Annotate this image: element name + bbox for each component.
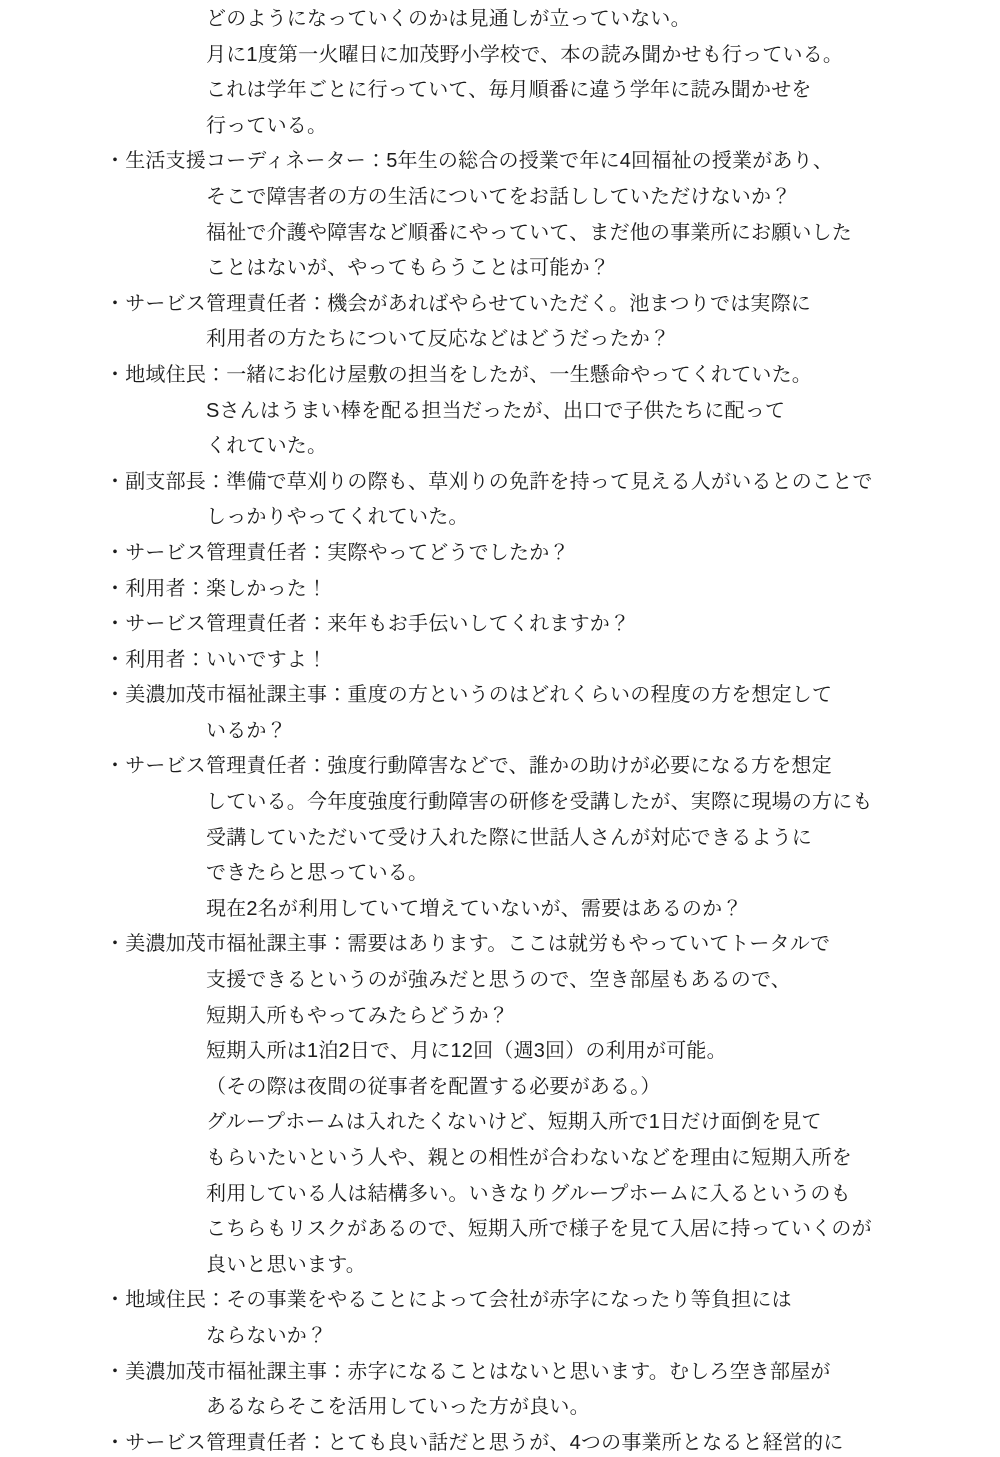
doc-line: 行っている。 — [0, 109, 1000, 145]
doc-line: どのようになっていくのかは見通しが立っていない。 — [0, 2, 1000, 38]
speaker-line: ・サービス管理責任者：来年もお手伝いしてくれますか？ — [0, 607, 1000, 643]
doc-line: 福祉で介護や障害など順番にやっていて、まだ他の事業所にお願いした — [0, 216, 1000, 252]
doc-line: 受講していただいて受け入れた際に世話人さんが対応できるように — [0, 821, 1000, 857]
speaker-line: ・サービス管理責任者：強度行動障害などで、誰かの助けが必要になる方を想定 — [0, 749, 1000, 785]
doc-line: もらいたいという人や、親との相性が合わないなどを理由に短期入所を — [0, 1141, 1000, 1177]
doc-line: くれていた。 — [0, 429, 1000, 465]
doc-line: （その際は夜間の従事者を配置する必要がある。） — [0, 1070, 1000, 1106]
doc-line: Sさんはうまい棒を配る担当だったが、出口で子供たちに配って — [0, 394, 1000, 430]
speaker-line: ・美濃加茂市福祉課主事：需要はあります。ここは就労もやっていてトータルで — [0, 927, 1000, 963]
doc-line: しっかりやってくれていた。 — [0, 500, 1000, 536]
doc-line: ならないか？ — [0, 1319, 1000, 1355]
doc-line: 月に1度第一火曜日に加茂野小学校で、本の読み聞かせも行っている。 — [0, 38, 1000, 74]
doc-line: できたらと思っている。 — [0, 856, 1000, 892]
speaker-line: ・利用者：いいですよ！ — [0, 643, 1000, 679]
speaker-line: ・地域住民：その事業をやることによって会社が赤字になったり等負担には — [0, 1283, 1000, 1319]
doc-line: 良いと思います。 — [0, 1248, 1000, 1284]
speaker-line: ・美濃加茂市福祉課主事：赤字になることはないと思います。むしろ空き部屋が — [0, 1355, 1000, 1391]
speaker-line: ・地域住民：一緒にお化け屋敷の担当をしたが、一生懸命やってくれていた。 — [0, 358, 1000, 394]
doc-line: 現在2名が利用していて増えていないが、需要はあるのか？ — [0, 892, 1000, 928]
document-page: どのようになっていくのかは見通しが立っていない。 月に1度第一火曜日に加茂野小学… — [0, 0, 1000, 1457]
doc-line: 短期入所は1泊2日で、月に12回（週3回）の利用が可能。 — [0, 1034, 1000, 1070]
meeting-minutes-document: どのようになっていくのかは見通しが立っていない。 月に1度第一火曜日に加茂野小学… — [0, 0, 1000, 1457]
speaker-line: ・生活支援コーディネーター：5年生の総合の授業で年に4回福祉の授業があり、 — [0, 144, 1000, 180]
speaker-line: ・サービス管理責任者：機会があればやらせていただく。池まつりでは実際に — [0, 287, 1000, 323]
speaker-line: ・利用者：楽しかった！ — [0, 572, 1000, 608]
speaker-line: ・サービス管理責任者：実際やってどうでしたか？ — [0, 536, 1000, 572]
doc-line: グループホームは入れたくないけど、短期入所で1日だけ面倒を見て — [0, 1105, 1000, 1141]
doc-line: している。今年度強度行動障害の研修を受講したが、実際に現場の方にも — [0, 785, 1000, 821]
speaker-line: ・美濃加茂市福祉課主事：重度の方というのはどれくらいの程度の方を想定して — [0, 678, 1000, 714]
doc-line: そこで障害者の方の生活についてをお話ししていただけないか？ — [0, 180, 1000, 216]
doc-line: これは学年ごとに行っていて、毎月順番に違う学年に読み聞かせを — [0, 73, 1000, 109]
speaker-line: ・サービス管理責任者：とても良い話だと思うが、4つの事業所となると経営的に — [0, 1426, 1000, 1457]
doc-line: 利用している人は結構多い。いきなりグループホームに入るというのも — [0, 1177, 1000, 1213]
doc-line: いるか？ — [0, 714, 1000, 750]
doc-line: ことはないが、やってもらうことは可能か？ — [0, 251, 1000, 287]
speaker-line: ・副支部長：準備で草刈りの際も、草刈りの免許を持って見える人がいるとのことで — [0, 465, 1000, 501]
doc-line: あるならそこを活用していった方が良い。 — [0, 1390, 1000, 1426]
doc-line: こちらもリスクがあるので、短期入所で様子を見て入居に持っていくのが — [0, 1212, 1000, 1248]
doc-line: 利用者の方たちについて反応などはどうだったか？ — [0, 322, 1000, 358]
doc-line: 支援できるというのが強みだと思うので、空き部屋もあるので、 — [0, 963, 1000, 999]
doc-line: 短期入所もやってみたらどうか？ — [0, 999, 1000, 1035]
